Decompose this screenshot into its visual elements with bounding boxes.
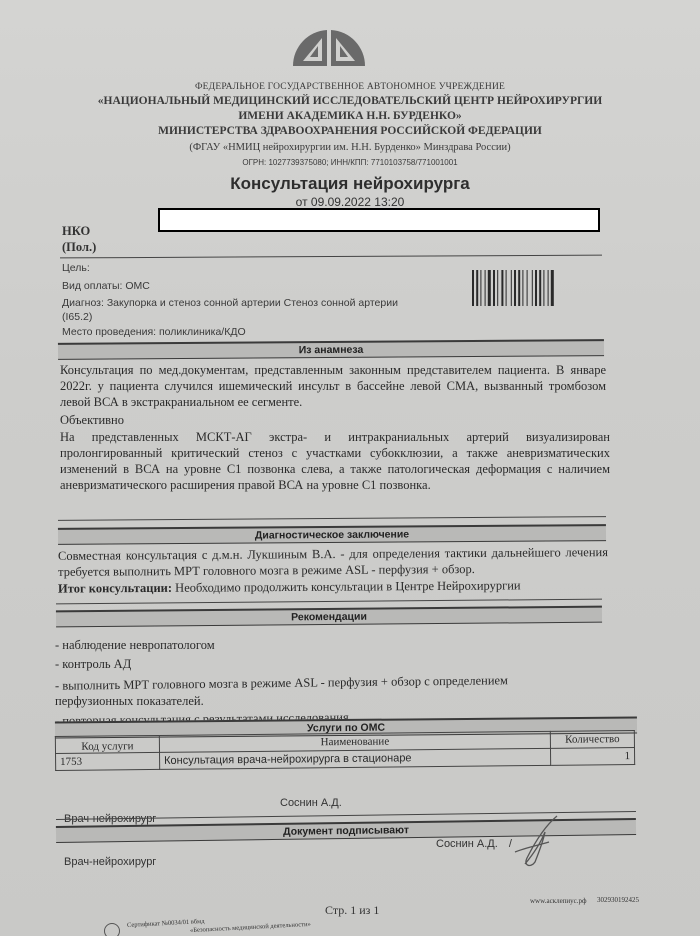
- barcode-icon: [472, 270, 600, 306]
- consultation-result: Итог консультации: Необходимо продолжить…: [58, 578, 521, 596]
- divider: [56, 599, 602, 605]
- document-title: Консультация нейрохирурга: [150, 174, 550, 194]
- document-page: ФЕДЕРАЛЬНОЕ ГОСУДАРСТВЕННОЕ АВТОНОМНОЕ У…: [0, 0, 700, 936]
- page-number: Стр. 1 из 1: [325, 903, 379, 918]
- place-field: Место проведения: поликлиника/КДО: [62, 326, 246, 338]
- footer-site: www.асклепиус.рф: [530, 897, 587, 905]
- service-qty: 1: [550, 747, 634, 765]
- result-text: Необходимо продолжить консультации в Цен…: [172, 578, 521, 594]
- section-recommendations-header: Рекомендации: [56, 606, 602, 628]
- org-line-1: ФЕДЕРАЛЬНОЕ ГОСУДАРСТВЕННОЕ АВТОНОМНОЕ У…: [60, 82, 640, 92]
- recommendation-item: - наблюдение невропатологом: [55, 638, 215, 653]
- section-conclusion-header: Диагностическое заключение: [58, 524, 606, 545]
- patient-gender-label: (Пол.): [62, 240, 96, 255]
- handwritten-signature-icon: [505, 812, 565, 872]
- section-anamnesis-header: Из анамнеза: [58, 339, 604, 360]
- objective-label: Объективно: [60, 413, 124, 428]
- signer-name-text: Соснин А.Д.: [436, 838, 498, 850]
- objective-text: На представленных МСКТ-АГ экстра- и интр…: [60, 429, 610, 493]
- nmic-logo-icon: [291, 28, 367, 68]
- services-table: Код услуги Наименование Количество 1753 …: [55, 730, 635, 771]
- anamnesis-text: Консультация по мед.документам, представ…: [60, 362, 606, 410]
- result-label: Итог консультации:: [58, 581, 172, 596]
- org-line-2: «НАЦИОНАЛЬНЫЙ МЕДИЦИНСКИЙ ИССЛЕДОВАТЕЛЬС…: [60, 95, 640, 107]
- org-registration: ОГРН: 1027739375080; ИНН/КПП: 7710103758…: [60, 158, 640, 167]
- footer-number: 302930192425: [597, 896, 639, 904]
- diagnosis-field: Диагноз: Закупорка и стеноз сонной артер…: [62, 297, 398, 309]
- goal-field: Цель:: [62, 262, 90, 274]
- column-code: Код услуги: [55, 735, 159, 753]
- conclusion-text: Совместная консультация с д.м.н. Лукшины…: [58, 544, 608, 580]
- recommendation-item: перфузионных показателей.: [55, 694, 204, 709]
- signer-role: Врач-нейрохирург: [64, 856, 156, 868]
- patient-label: НКО: [62, 224, 90, 239]
- divider: [60, 255, 602, 259]
- payment-field: Вид оплаты: ОМС: [62, 280, 150, 292]
- certificate-seal-icon: [104, 923, 120, 936]
- service-code: 1753: [56, 752, 160, 770]
- document-date: от 09.09.2022 13:20: [150, 195, 550, 207]
- org-line-3: ИМЕНИ АКАДЕМИКА Н.Н. БУРДЕНКО»: [60, 110, 640, 122]
- recommendation-item: - контроль АД: [55, 657, 131, 672]
- certificate-line-2: «Безопасность медицинской деятельности»: [190, 921, 311, 934]
- service-name: Консультация врача-нейрохирурга в стацио…: [160, 748, 551, 769]
- recommendation-item: - выполнить МРТ головного мозга в режиме…: [55, 673, 508, 694]
- doctor-name: Соснин А.Д.: [280, 797, 342, 809]
- divider: [58, 516, 606, 521]
- redacted-patient-name: [158, 208, 600, 232]
- org-line-5: (ФГАУ «НМИЦ нейрохирургии им. Н.Н. Бурде…: [60, 142, 640, 153]
- column-qty: Количество: [550, 730, 634, 748]
- diagnosis-code: (I65.2): [62, 311, 92, 323]
- org-line-4: МИНИСТЕРСТВА ЗДРАВООХРАНЕНИЯ РОССИЙСКОЙ …: [60, 125, 640, 137]
- signer-name: Соснин А.Д. /: [436, 838, 512, 850]
